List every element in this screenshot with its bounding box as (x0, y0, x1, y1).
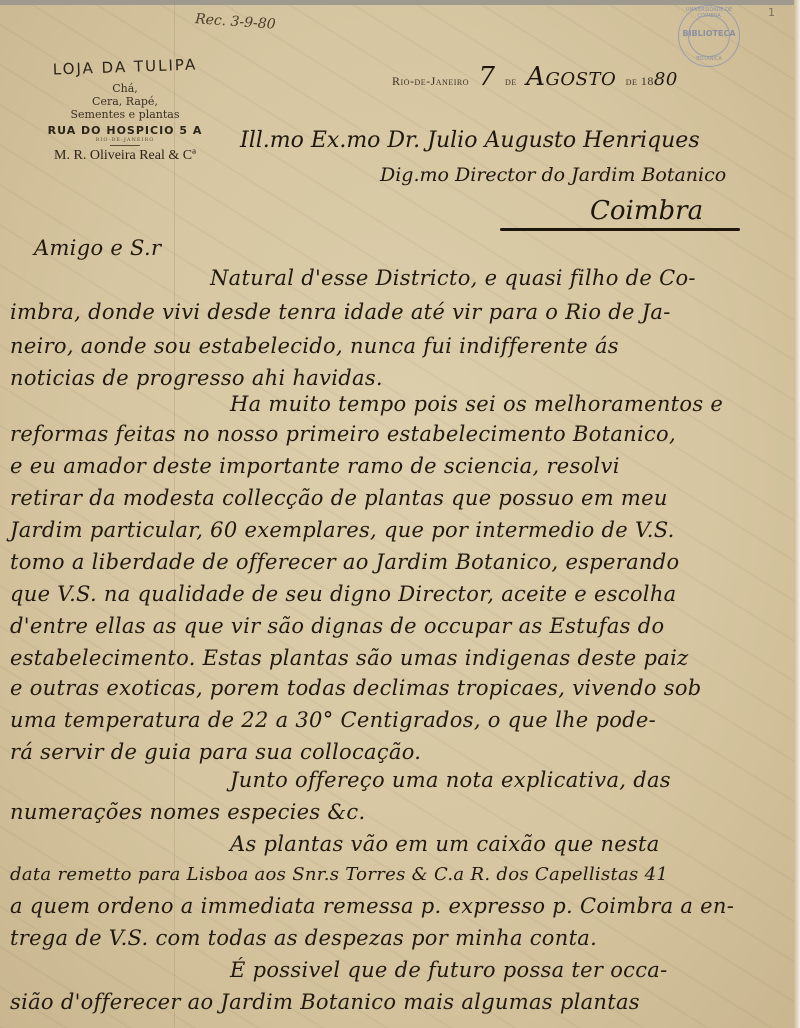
body-line: que V.S. na qualidade de seu digno Direc… (10, 582, 676, 606)
body-line: retirar da modesta collecção de plantas … (10, 486, 668, 510)
date-day: 7 (479, 62, 496, 92)
date-year-printed: 18 (641, 74, 654, 88)
date-month: Agosto (526, 62, 616, 92)
goods-line-1: Chá, (40, 82, 210, 95)
page-number: 1 (768, 6, 775, 19)
letter-page: Rec. 3-9-80 1 UNIVERSIDADE DE COIMBRA BI… (0, 0, 800, 1028)
body-line: noticias de progresso ahi havidas. (10, 366, 383, 390)
page-top-edge (0, 0, 800, 5)
body-line: numerações nomes especies &c. (10, 800, 365, 824)
body-line: Jardim particular, 60 exemplares, que po… (10, 518, 675, 542)
body-line: tomo a liberdade de offerecer ao Jardim … (10, 550, 679, 574)
page-right-edge (794, 0, 800, 1028)
letterhead: LOJA DA TULIPA Chá, Cera, Rapé, Sementes… (40, 58, 210, 164)
body-line: As plantas vão em um caixão que nesta (230, 832, 660, 856)
body-line: reformas feitas no nosso primeiro estabe… (10, 422, 676, 446)
addressee-line-3: Coimbra (590, 196, 703, 226)
shop-street: RUA DO HOSPICIO 5 A (40, 124, 210, 137)
body-line: Junto offereço uma nota explicativa, das (230, 768, 671, 792)
date-place: Rio-de-Janeiro (392, 74, 469, 88)
body-line: estabelecimento. Estas plantas são umas … (10, 646, 688, 670)
shop-city: RIO-DE-JANEIRO (40, 137, 210, 143)
addressee-line-2: Dig.mo Director do Jardim Botanico (380, 164, 726, 186)
body-line: sião d'offerecer ao Jardim Botanico mais… (10, 990, 640, 1014)
body-line: e eu amador deste importante ramo de sci… (10, 454, 620, 478)
body-line: imbra, donde vivi desde tenra idade até … (10, 300, 671, 324)
stamp-center-text: BIBLIOTECA (679, 29, 739, 38)
addressee-underline (500, 228, 740, 231)
library-stamp-icon: UNIVERSIDADE DE COIMBRA BIBLIOTECA BOTAN… (678, 5, 740, 67)
body-line: a quem ordeno a immediata remessa p. exp… (10, 894, 734, 918)
body-line: d'entre ellas as que vir são dignas de o… (10, 614, 664, 638)
body-line: data remetto para Lisboa aos Snr.s Torre… (10, 864, 668, 885)
body-line: e outras exoticas, porem todas declimas … (10, 676, 702, 700)
goods-line-2: Cera, Rapé, (40, 95, 210, 108)
body-line: uma temperatura de 22 a 30° Centigrados,… (10, 708, 656, 732)
dateline: Rio-de-Janeiro 7 de Agosto de 1880 (392, 62, 678, 92)
letterhead-rule (110, 145, 140, 146)
body-line: É possivel que de futuro possa ter occa- (230, 958, 667, 982)
body-line: trega de V.S. com todas as despezas por … (10, 926, 597, 950)
stamp-ring-bottom: BOTANICA (679, 56, 739, 62)
goods-line-3: Sementes e plantas (40, 108, 210, 121)
body-line: rá servir de guia para sua collocação. (10, 740, 421, 764)
salutation: Amigo e S.r (34, 236, 161, 260)
body-line: Natural d'esse Districto, e quasi filho … (210, 266, 696, 290)
firm-name: M. R. Oliveira Real & Cª (40, 148, 210, 164)
date-de-2: de (626, 74, 638, 88)
addressee-line-1: Ill.mo Ex.mo Dr. Julio Augusto Henriques (240, 128, 700, 153)
date-year-hand: 80 (654, 69, 678, 90)
date-de-1: de (505, 74, 517, 88)
body-line: neiro, aonde sou estabelecido, nunca fui… (10, 334, 619, 358)
body-line: Ha muito tempo pois sei os melhoramentos… (230, 392, 723, 416)
shop-name: LOJA DA TULIPA (40, 55, 211, 79)
